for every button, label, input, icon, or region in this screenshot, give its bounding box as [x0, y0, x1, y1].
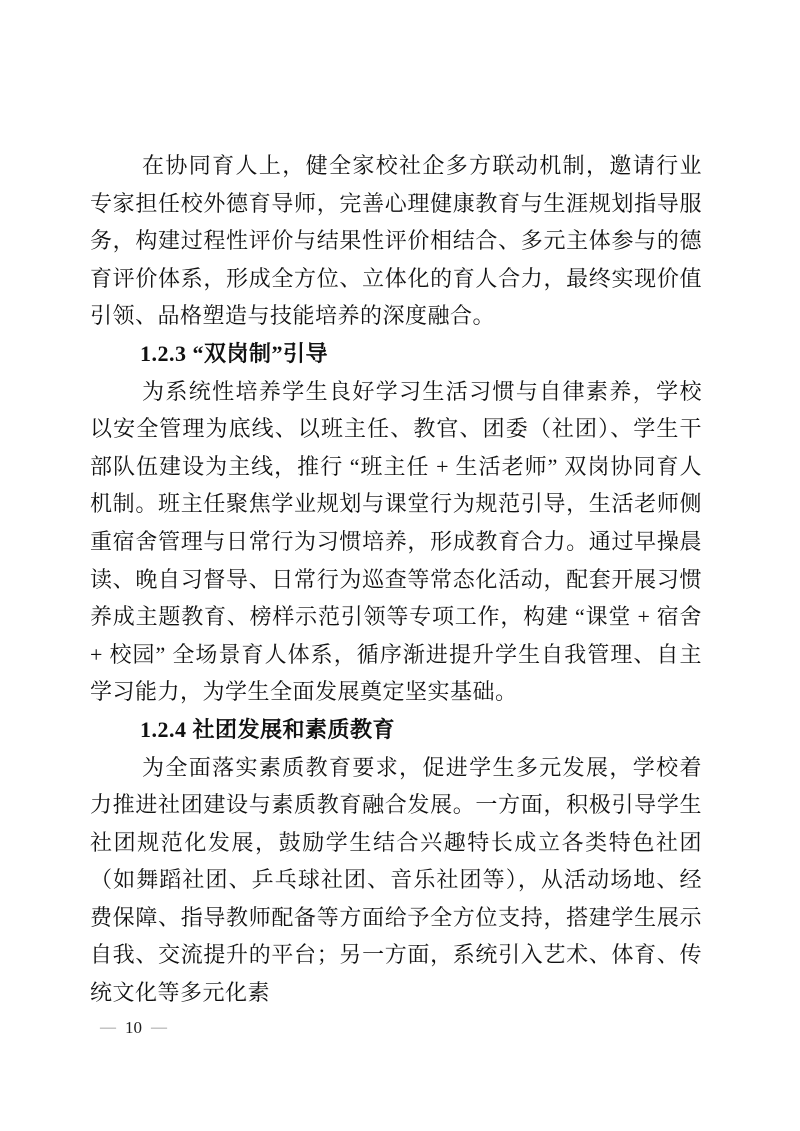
page-footer: — 10 — — [100, 1017, 167, 1039]
heading-1-2-3-dual-post-system: 1.2.3 “双岗制”引导 — [90, 335, 702, 373]
footer-dash-left: — — [100, 1017, 116, 1039]
page-content: 在协同育人上，健全家校社企多方联动机制，邀请行业专家担任校外德育导师，完善心理健… — [90, 147, 702, 1012]
heading-1-2-4-club-development: 1.2.4 社团发展和素质教育 — [90, 711, 702, 749]
paragraph-collaborative-education: 在协同育人上，健全家校社企多方联动机制，邀请行业专家担任校外德育导师，完善心理健… — [90, 147, 702, 335]
footer-dash-right: — — [151, 1017, 167, 1039]
page-number: 10 — [125, 1017, 142, 1039]
paragraph-club-and-quality-education: 为全面落实素质教育要求，促进学生多元发展，学校着力推进社团建设与素质教育融合发展… — [90, 749, 702, 1012]
document-page: 在协同育人上，健全家校社企多方联动机制，邀请行业专家担任校外德育导师，完善心理健… — [0, 0, 800, 1131]
paragraph-dual-post-mechanism: 为系统性培养学生良好学习生活习惯与自律素养，学校以安全管理为底线、以班主任、教官… — [90, 373, 702, 711]
